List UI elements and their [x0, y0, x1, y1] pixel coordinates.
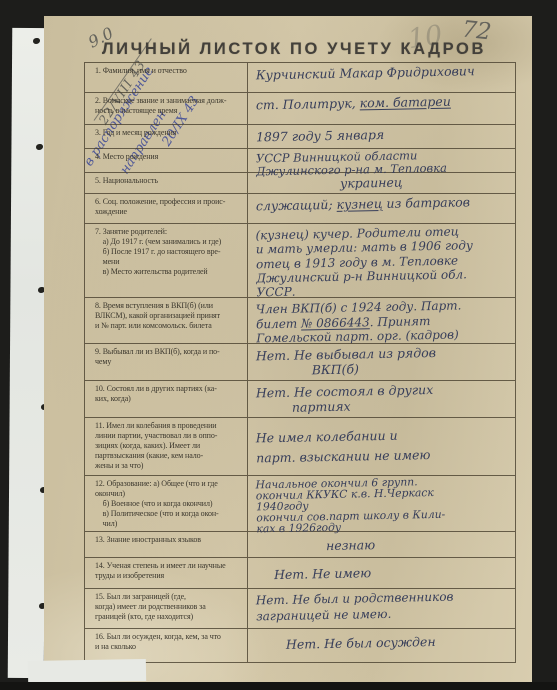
row-answer: незнаю [248, 529, 515, 559]
handwritten-answer: Нет. Не выбывал из рядов ВКП(б) [256, 345, 436, 378]
form-row-5: 5. Национальность украинец [85, 173, 515, 194]
handwritten-answer: Начальное окончил 6 групп. окончил ККУКС… [255, 475, 445, 535]
form-row-6: 6. Соц. положение, профессия и проис- хо… [85, 194, 515, 224]
row-answer: Не имел колебании и парт. взыскании не и… [247, 415, 515, 477]
form-row-16: 16. Был ли осужден, когда, кем, за что и… [85, 629, 515, 663]
form-row-13: 13. Знание иностранных языков незнаю [85, 532, 515, 558]
page-edge-corner [28, 659, 146, 683]
row-label: 7. Занятие родителей: а) До 1917 г. (чем… [85, 224, 248, 297]
row-answer: Член ВКП(б) с 1924 году. Парт. билет № 0… [248, 295, 516, 345]
row-answer: Нет. Не был и родственников заграницей н… [248, 586, 516, 630]
handwritten-answer: Курчинский Макар Фридрихович [256, 63, 475, 82]
form-row-11: 11. Имел ли колебания в проведении линии… [85, 418, 515, 476]
row-answer: ст. Политрук, ком. батареи [248, 90, 516, 126]
handwritten-answer: украинец [340, 175, 403, 191]
form-title: ЛИЧНЫЙ ЛИСТОК ПО УЧЕТУ КАДРОВ [102, 40, 532, 59]
handwritten-answer: ст. Политрук, [256, 95, 360, 112]
handwritten-answer: служащий; [256, 197, 337, 214]
handwritten-answer: Не имел колебании и парт. взыскании не и… [256, 428, 431, 466]
photo-bottom-border [0, 682, 557, 690]
row-label: 3. Год и месяц рождения [85, 125, 248, 148]
form-row-3: 3. Год и месяц рождения 1897 году 5 янва… [85, 125, 515, 149]
row-label: 2. Воинское звание и занимаемая долж- но… [85, 93, 248, 124]
handwritten-answer: Нет. Не был и родственников заграницей н… [256, 590, 454, 623]
row-label: 1. Фамилия, имя и отчество [85, 63, 248, 92]
row-answer: Нет. Не состоял в других партиях [248, 378, 516, 419]
handwritten-answer-underlined: ком. батареи [360, 94, 451, 111]
row-label: 10. Состоял ли в других партиях (ка- ких… [85, 381, 248, 417]
handwritten-answer-underlined: № 0866443 [301, 315, 370, 330]
row-answer: Нет. Не имею [248, 555, 516, 590]
row-label: 15. Был ли заграницей (где, когда) имеет… [85, 589, 248, 628]
form-row-7: 7. Занятие родителей: а) До 1917 г. (чем… [85, 224, 515, 298]
row-label: 13. Знание иностранных языков [85, 532, 248, 557]
row-answer: Нет. Не выбывал из рядов ВКП(б) [248, 341, 516, 382]
form-row-9: 9. Выбывал ли из ВКП(б), когда и по- чем… [85, 344, 515, 381]
row-label: 9. Выбывал ли из ВКП(б), когда и по- чем… [85, 344, 248, 380]
form-row-15: 15. Был ли заграницей (где, когда) имеет… [85, 589, 515, 629]
form-row-10: 10. Состоял ли в других партиях (ка- ких… [85, 381, 515, 418]
row-label: 6. Соц. положение, профессия и проис- хо… [85, 194, 248, 223]
form-row-2: 2. Воинское звание и занимаемая долж- но… [85, 93, 515, 125]
row-label: 16. Был ли осужден, когда, кем, за что и… [85, 629, 248, 662]
row-label: 11. Имел ли колебания в проведении линии… [85, 418, 248, 475]
form-table: 1. Фамилия, имя и отчество Курчинский Ма… [84, 62, 516, 663]
form-row-8: 8. Время вступления в ВКП(б) (или ВЛКСМ)… [85, 298, 515, 344]
form-row-12: 12. Образование: а) Общее (что и где око… [85, 476, 515, 532]
handwritten-answer: незнаю [326, 537, 375, 553]
handwritten-answer: (кузнец) кучер. Родители отец и мать уме… [255, 225, 473, 300]
row-label: 14. Ученая степень и имеет ли научные тр… [85, 558, 248, 588]
scanned-document-photo: 9.0 22/VIII 43 в распоряжение направлен … [0, 0, 557, 690]
page-edge-strip [8, 28, 49, 678]
row-answer: Начальное окончил 6 групп. окончил ККУКС… [247, 473, 515, 533]
handwritten-answer: Нет. Не был осужден [286, 634, 436, 652]
handwritten-answer: из батраков [382, 194, 470, 211]
row-label: 8. Время вступления в ВКП(б) (или ВЛКСМ)… [85, 298, 248, 343]
row-answer: Курчинский Макар Фридрихович [248, 60, 516, 94]
form-row-1: 1. Фамилия, имя и отчество Курчинский Ма… [85, 63, 515, 93]
row-label: 4. Место рождения [85, 149, 248, 172]
row-label: 12. Образование: а) Общее (что и где око… [85, 476, 248, 531]
row-label: 5. Национальность [85, 173, 248, 193]
row-answer: (кузнец) кучер. Родители отец и мать уме… [247, 221, 515, 299]
form-paper: 9.0 22/VIII 43 в распоряжение направлен … [44, 16, 532, 682]
handwritten-answer-underlined: кузнец [336, 196, 382, 212]
form-row-4: 4. Место рождения УССР Винницкой области… [85, 149, 515, 173]
handwritten-answer: Нет. Не имею [274, 565, 371, 582]
handwritten-answer: Нет. Не состоял в других партиях [256, 382, 434, 415]
form-row-14: 14. Ученая степень и имеет ли научные тр… [85, 558, 515, 589]
row-answer: служащий; кузнец из батраков [248, 191, 516, 225]
handwritten-answer: 1897 году 5 января [256, 127, 384, 144]
row-answer: Нет. Не был осужден [248, 626, 516, 664]
